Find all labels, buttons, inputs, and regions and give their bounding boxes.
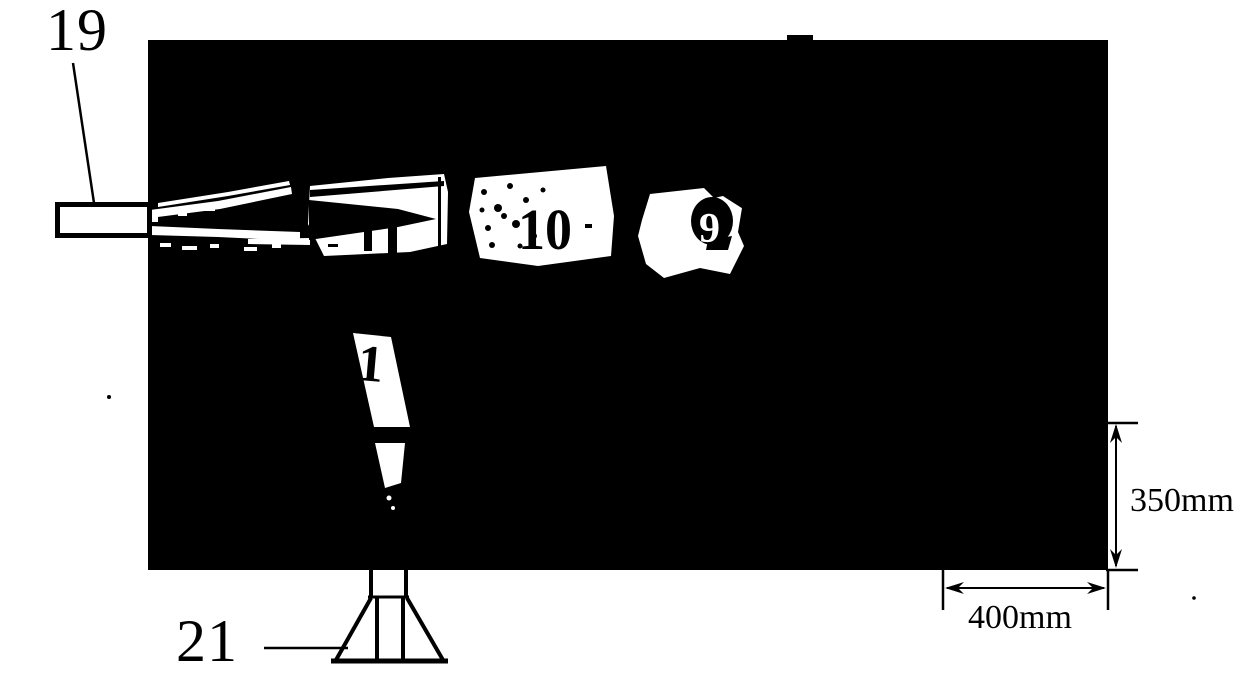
marker-9: 9 [699,206,720,252]
plume-section-mid: 10 [469,166,614,266]
camera-stand-symbol [331,570,448,661]
photo-background [148,40,1108,570]
experiment-photo: 10 9 1 [148,40,1108,570]
photo-content: 10 9 1 [148,40,1108,570]
nozzle-outline [58,205,150,236]
figure-canvas: 10 9 1 [0,0,1240,675]
dimension-350mm: 350mm [1130,484,1234,518]
plume-section-left [308,174,448,256]
marker-1: 1 [355,335,386,394]
callout-19: 19 [46,0,108,60]
speck-dot [107,395,111,399]
plume-section-right: 9 [638,184,748,278]
leader-line-19 [73,63,94,203]
speck-dot [1192,596,1196,600]
dimension-400mm: 400mm [968,601,1072,635]
callout-21: 21 [176,611,238,671]
marker-10: 10 [518,197,572,262]
